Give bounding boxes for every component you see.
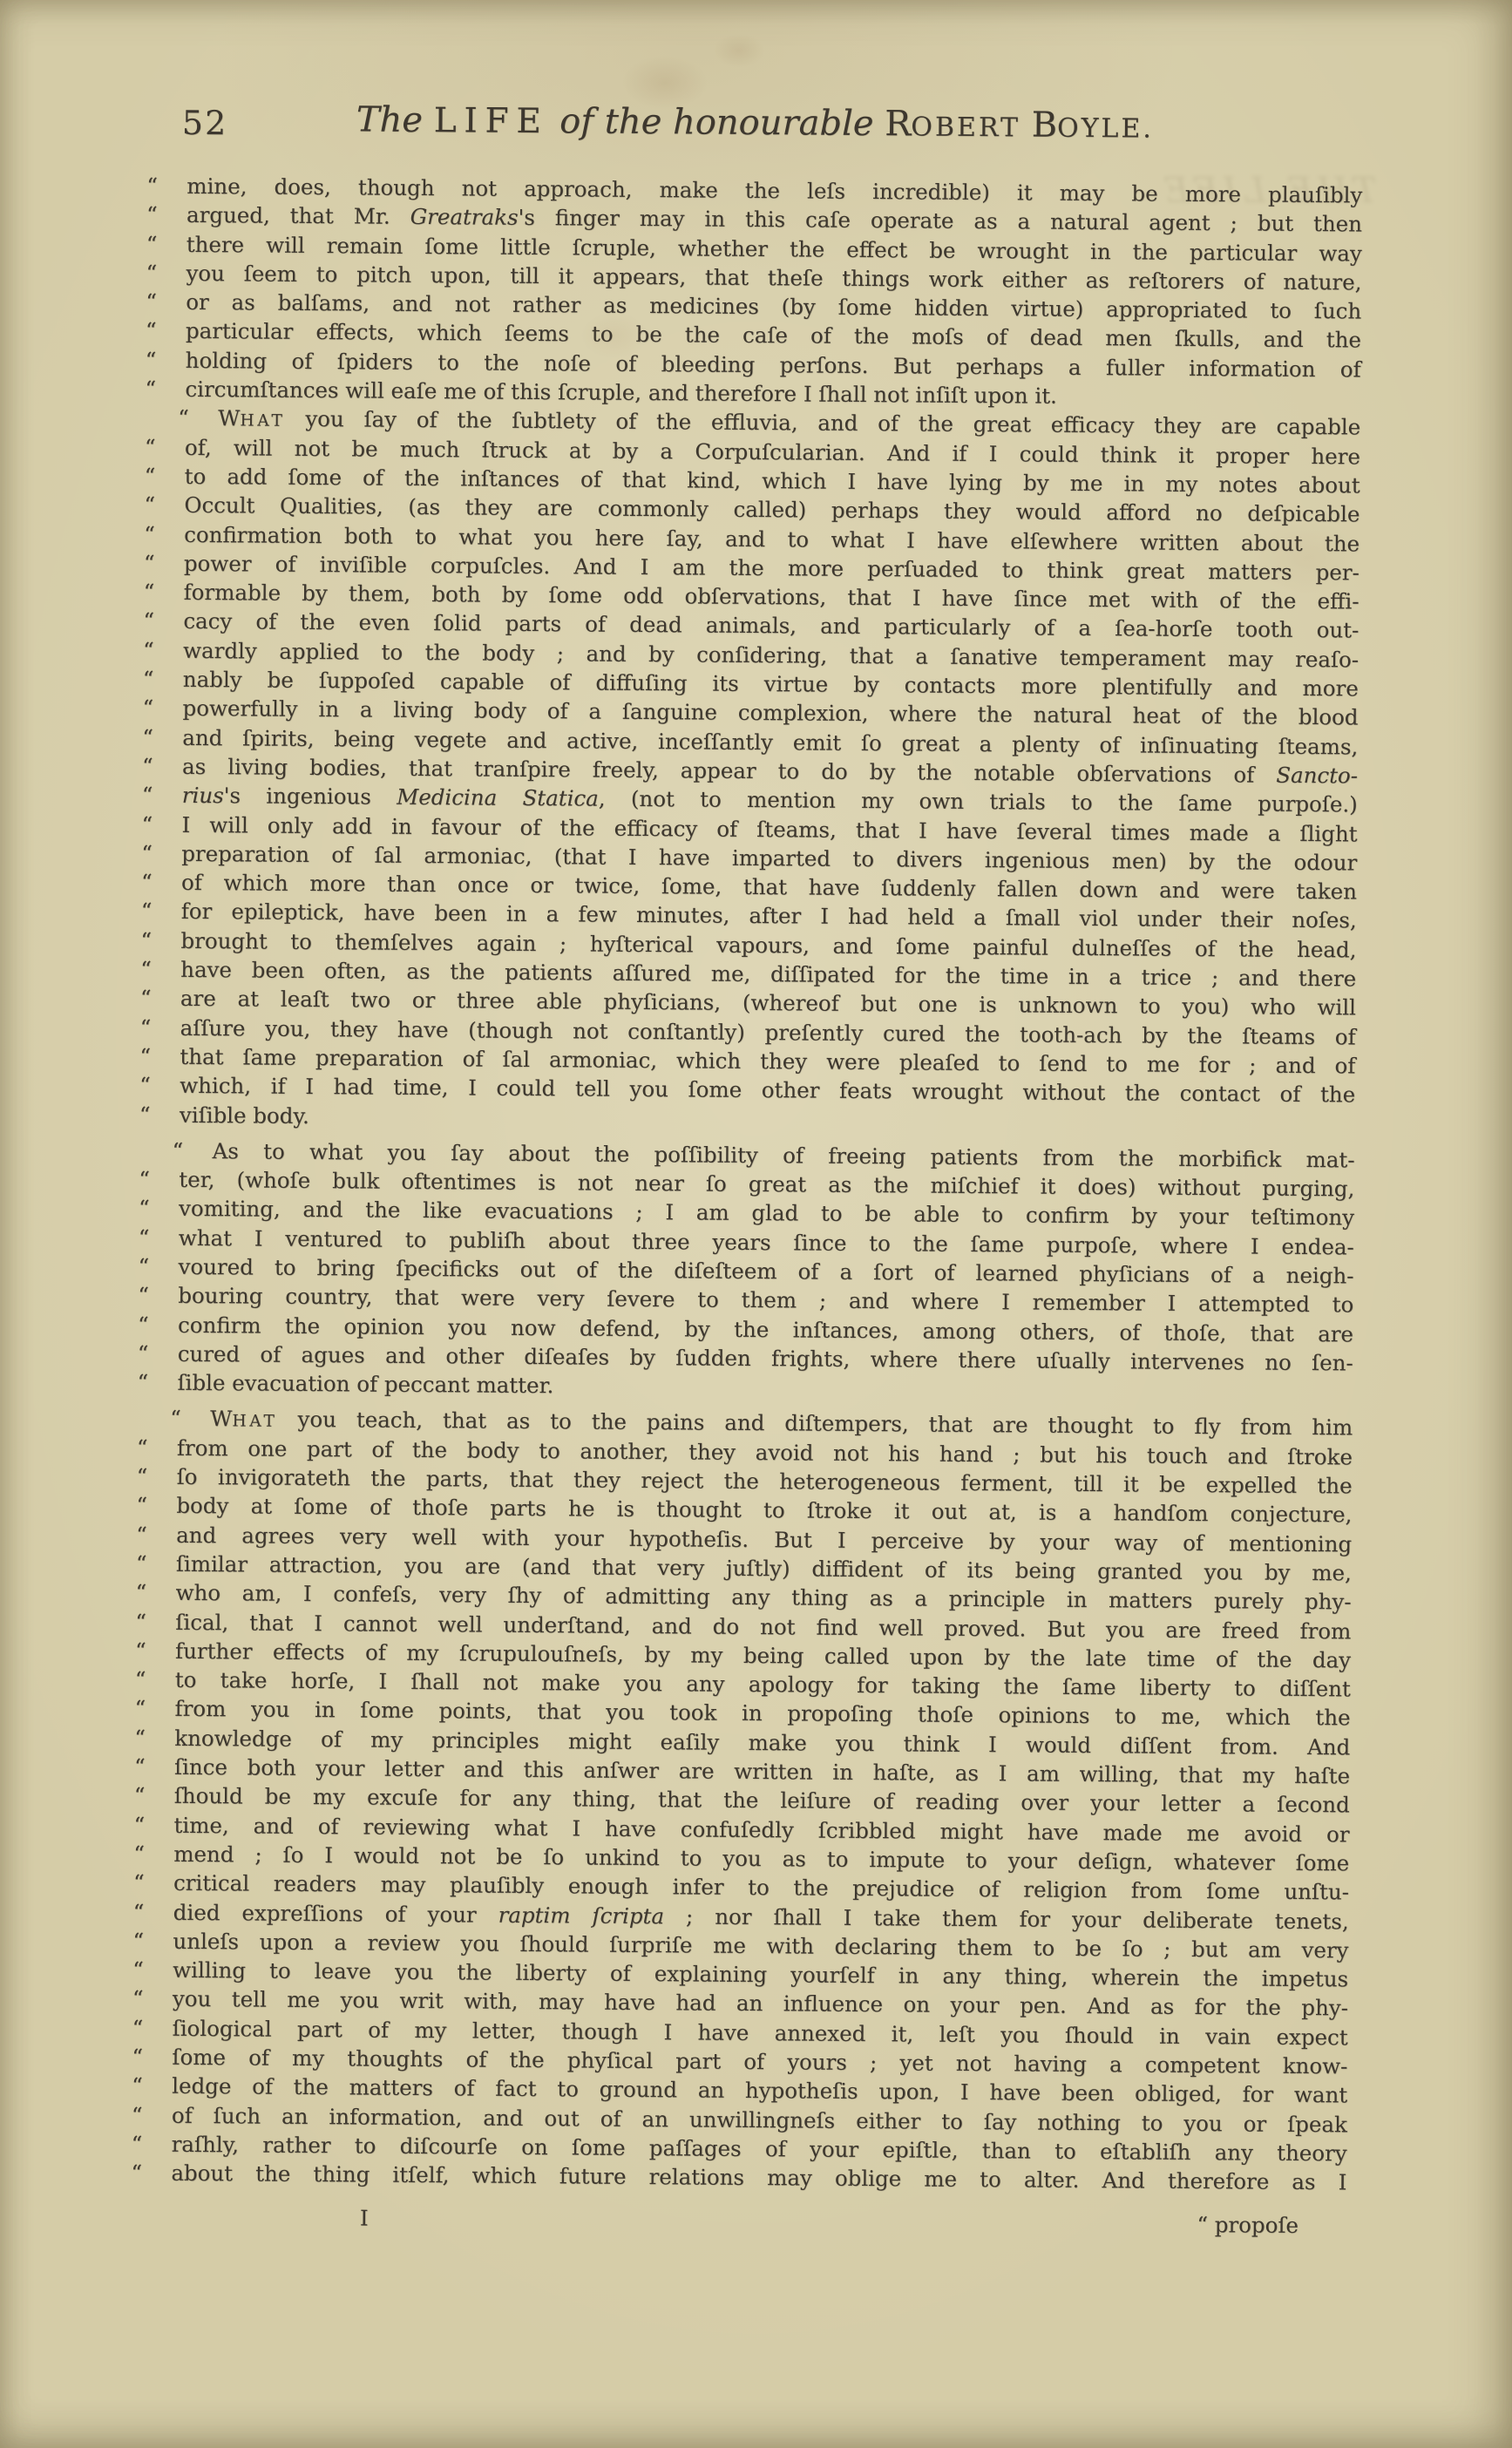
line-quote-mark: “ <box>146 260 186 289</box>
line-quote-mark: “ <box>143 667 183 696</box>
line-quote-mark: “ <box>134 1725 174 1754</box>
line-quote-mark: “ <box>132 2131 172 2160</box>
line-quote-mark: “ <box>141 840 181 870</box>
text-segment: Greatraks <box>410 204 519 230</box>
text-segment: raptim ſcripta <box>498 1902 665 1928</box>
line-quote-mark: “ <box>178 405 218 435</box>
line-quote-mark: “ <box>141 899 181 928</box>
line-quote-mark: “ <box>146 318 186 348</box>
text-segment: OBERT <box>911 112 1020 143</box>
line-quote-mark: “ <box>138 1312 178 1341</box>
line-quote-mark: “ <box>141 811 181 841</box>
line-quote-mark: “ <box>132 1928 173 1957</box>
line-quote-mark: “ <box>132 2044 172 2073</box>
text-segment: Medicina Statica <box>397 784 599 811</box>
text-segment: OYLE. <box>1057 113 1154 145</box>
line-quote-mark: “ <box>133 1870 173 1900</box>
text-segment: LIFE <box>434 101 549 141</box>
line-quote-mark: “ <box>140 986 180 1015</box>
line-quote-mark: “ <box>142 753 182 783</box>
text-segment: HAT <box>240 412 285 431</box>
signature-mark: I <box>360 2206 369 2231</box>
line-quote-mark: “ <box>136 1493 176 1522</box>
line-quote-mark: “ <box>143 637 183 667</box>
line-quote-mark: “ <box>146 202 186 232</box>
text-segment: viſible body. <box>180 1102 309 1128</box>
running-title: The LIFE of the honourable ROBERT BOYLE. <box>147 98 1363 148</box>
line-quote-mark: “ <box>132 2102 172 2132</box>
line-quote-mark: “ <box>135 1638 175 1667</box>
line-quote-mark: “ <box>135 1580 175 1610</box>
text-segment: of the honourable <box>548 101 885 144</box>
line-quote-mark: “ <box>138 1340 178 1370</box>
text-segment: you teach, that as to the pains and diſt… <box>277 1407 1353 1441</box>
text-segment: Sancto- <box>1276 763 1358 789</box>
line-quote-mark: “ <box>145 463 185 492</box>
line-quote-mark: “ <box>142 724 182 754</box>
line-quote-mark: “ <box>143 608 183 638</box>
line-quote-mark: “ <box>144 492 184 522</box>
line-quote-mark: “ <box>170 1406 210 1435</box>
line-quote-mark: “ <box>132 2015 173 2045</box>
text-segment: B <box>1020 105 1057 145</box>
line-quote-mark: “ <box>132 1986 173 2016</box>
text-segment: W <box>218 406 240 431</box>
text-segment: 's ingenious <box>224 783 397 810</box>
line-quote-mark: “ <box>141 870 181 899</box>
text-segment: HAT <box>232 1413 277 1431</box>
line-quote-mark: “ <box>139 1102 180 1131</box>
line-quote-mark: “ <box>134 1753 174 1783</box>
text-segment: , (not to mention my own trials to the ſ… <box>599 786 1358 817</box>
line-quote-mark: “ <box>144 550 184 580</box>
text-segment: died expreſſions of your <box>173 1899 498 1927</box>
line-quote-mark: “ <box>143 580 183 609</box>
line-quote-mark: “ <box>133 1812 173 1841</box>
line-quote-mark: “ <box>131 2160 171 2190</box>
line-quote-mark: “ <box>145 376 185 406</box>
letter-text-block: “mine, does, though not approach, make t… <box>131 173 1362 2199</box>
text-segment: 's finger may in this caſe operate as a … <box>518 205 1362 237</box>
text-segment: argued, that Mr. <box>186 202 410 229</box>
line-quote-mark: “ <box>142 695 182 725</box>
line-quote-mark: “ <box>138 1253 178 1283</box>
line-quote-mark: “ <box>139 1043 180 1073</box>
page-header: 52 The LIFE of the honourable ROBERT BOY… <box>147 98 1363 160</box>
line-quote-mark: “ <box>134 1783 174 1813</box>
line-quote-mark: “ <box>133 1841 173 1870</box>
line-quote-mark: “ <box>139 1073 180 1102</box>
text-segment: ; nor ſhall I take them for your deliber… <box>664 1903 1349 1934</box>
line-quote-mark: “ <box>135 1667 175 1697</box>
line-quote-mark: “ <box>144 521 184 551</box>
line-quote-mark: “ <box>146 231 186 261</box>
line-quote-mark: “ <box>139 1167 179 1197</box>
line-quote-mark: “ <box>132 1957 173 1987</box>
line-quote-mark: “ <box>146 347 186 376</box>
line-quote-mark: “ <box>136 1522 176 1551</box>
catchword: “ propoſe <box>1197 2212 1298 2238</box>
line-quote-mark: “ <box>146 289 186 319</box>
line-quote-mark: “ <box>145 434 185 464</box>
line-quote-mark: “ <box>146 173 186 203</box>
text-segment: R <box>885 104 911 144</box>
text-segment: W <box>210 1407 232 1432</box>
line-quote-mark: “ <box>135 1609 175 1638</box>
text-segment: ſible evacuation of peccant matter. <box>177 1370 553 1398</box>
page-number: 52 <box>182 104 228 142</box>
line-quote-mark: “ <box>138 1283 178 1312</box>
line-quote-mark: “ <box>132 2073 172 2103</box>
text-segment: As to what you ſay about the poſſibility… <box>212 1138 1354 1172</box>
line-quote-mark: “ <box>133 1899 173 1929</box>
line-quote-mark: “ <box>139 1196 179 1225</box>
line-quote-mark: “ <box>137 1434 177 1464</box>
line-quote-mark: “ <box>136 1550 176 1580</box>
line-quote-mark: “ <box>140 957 180 987</box>
line-quote-mark: “ <box>137 1464 177 1494</box>
scanned-book-page: THE LIFE 52 The LIFE of the honourable R… <box>0 0 1512 2448</box>
line-quote-mark: “ <box>140 927 180 957</box>
line-quote-mark: “ <box>137 1370 177 1400</box>
line-quote-mark: “ <box>139 1224 179 1254</box>
text-segment: rius <box>182 783 224 808</box>
line-quote-mark: “ <box>142 783 182 812</box>
line-quote-mark: “ <box>134 1696 174 1726</box>
line-quote-mark: “ <box>172 1138 212 1168</box>
text-segment: The <box>356 99 434 140</box>
line-quote-mark: “ <box>140 1014 180 1044</box>
